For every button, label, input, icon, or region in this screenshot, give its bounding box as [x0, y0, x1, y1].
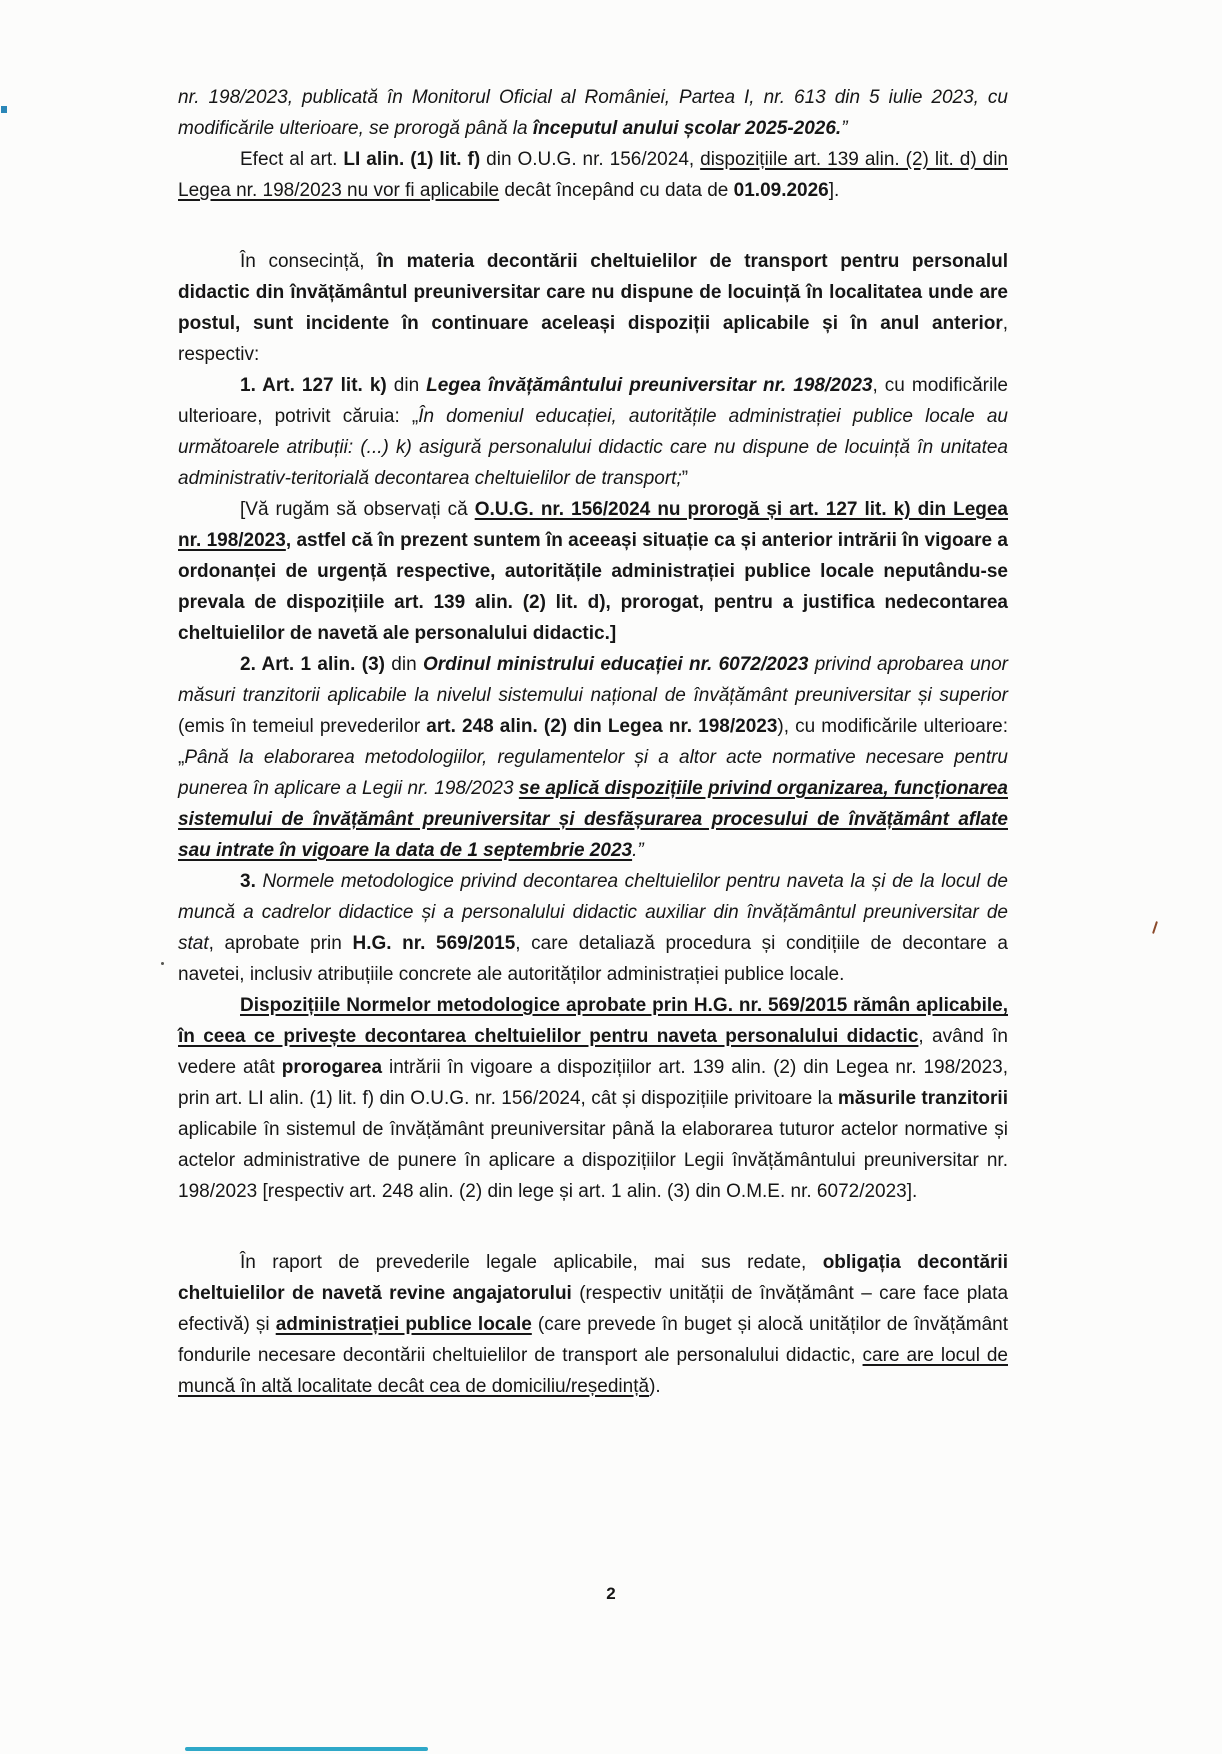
text-run: decât începând cu data de: [499, 180, 734, 201]
text-run: din: [385, 654, 423, 675]
text-run: [Vă rugăm să observați că: [240, 499, 475, 520]
document-body: nr. 198/2023, publicată în Monitorul Ofi…: [178, 82, 1008, 1402]
text-run: .”: [632, 840, 644, 861]
text-run: În raport de prevederile legale aplicabi…: [240, 1252, 823, 1273]
text-run: din: [387, 375, 426, 396]
scan-artifact-blue-mark: [1, 106, 7, 113]
paragraph-in-consecinta: În consecință, în materia decontării che…: [178, 246, 1008, 370]
text-run: LI alin. (1) lit. f): [343, 149, 480, 170]
text-run: 1. Art. 127 lit. k): [240, 375, 387, 396]
text-run: aplicabile în sistemul de învățământ pre…: [178, 1119, 1008, 1202]
text-run: prorogarea: [282, 1057, 382, 1078]
paragraph-quote-continuation: nr. 198/2023, publicată în Monitorul Ofi…: [178, 82, 1008, 144]
paragraph-item-2: 2. Art. 1 alin. (3) din Ordinul ministru…: [178, 649, 1008, 866]
text-run: , aprobate prin: [209, 933, 353, 954]
paragraph-item-3: 3. Normele metodologice privind decontar…: [178, 866, 1008, 990]
text-run: , astfel că în prezent suntem în aceeași…: [178, 530, 1008, 644]
scan-artifact-dot-mark: [161, 962, 164, 965]
text-run: ”: [841, 118, 847, 139]
scan-artifact-edge-line: [185, 1747, 428, 1751]
page-number: 2: [0, 1584, 1222, 1604]
text-run: ).: [649, 1376, 661, 1397]
text-run: măsurile tranzitorii: [838, 1088, 1008, 1109]
paragraph-in-raport: În raport de prevederile legale aplicabi…: [178, 1247, 1008, 1402]
text-run: ”: [682, 468, 688, 489]
paragraph-va-rugam: [Vă rugăm să observați că O.U.G. nr. 156…: [178, 494, 1008, 649]
text-run: Efect al art.: [240, 149, 343, 170]
text-run: începutul anului școlar 2025-2026.: [533, 118, 841, 139]
text-run: administrației publice locale: [276, 1314, 532, 1335]
text-run: 2. Art. 1 alin. (3): [240, 654, 385, 675]
text-run: (emis în temeiul prevederilor: [178, 716, 426, 737]
text-run: ].: [829, 180, 840, 201]
text-run: H.G. nr. 569/2015: [352, 933, 515, 954]
paragraph-dispozitiile-raman: Dispozițiile Normelor metodologice aprob…: [178, 990, 1008, 1207]
text-run: În consecință,: [240, 251, 377, 272]
text-run: Dispozițiile Normelor metodologice aprob…: [178, 995, 1008, 1047]
text-run: Legea învățământului preuniversitar nr. …: [426, 375, 872, 396]
text-run: art. 248 alin. (2) din Legea nr. 198/202…: [426, 716, 777, 737]
text-run: Ordinul ministrului educației nr. 6072/2…: [423, 654, 808, 675]
scan-artifact-slash-mark: [1152, 921, 1158, 934]
paragraph-efect: Efect al art. LI alin. (1) lit. f) din O…: [178, 144, 1008, 206]
text-run: 01.09.2026: [734, 180, 829, 201]
text-run: 3.: [240, 871, 256, 892]
paragraph-item-1: 1. Art. 127 lit. k) din Legea învățământ…: [178, 370, 1008, 494]
document-page: nr. 198/2023, publicată în Monitorul Ofi…: [0, 0, 1222, 1754]
text-run: din O.U.G. nr. 156/2024,: [480, 149, 700, 170]
